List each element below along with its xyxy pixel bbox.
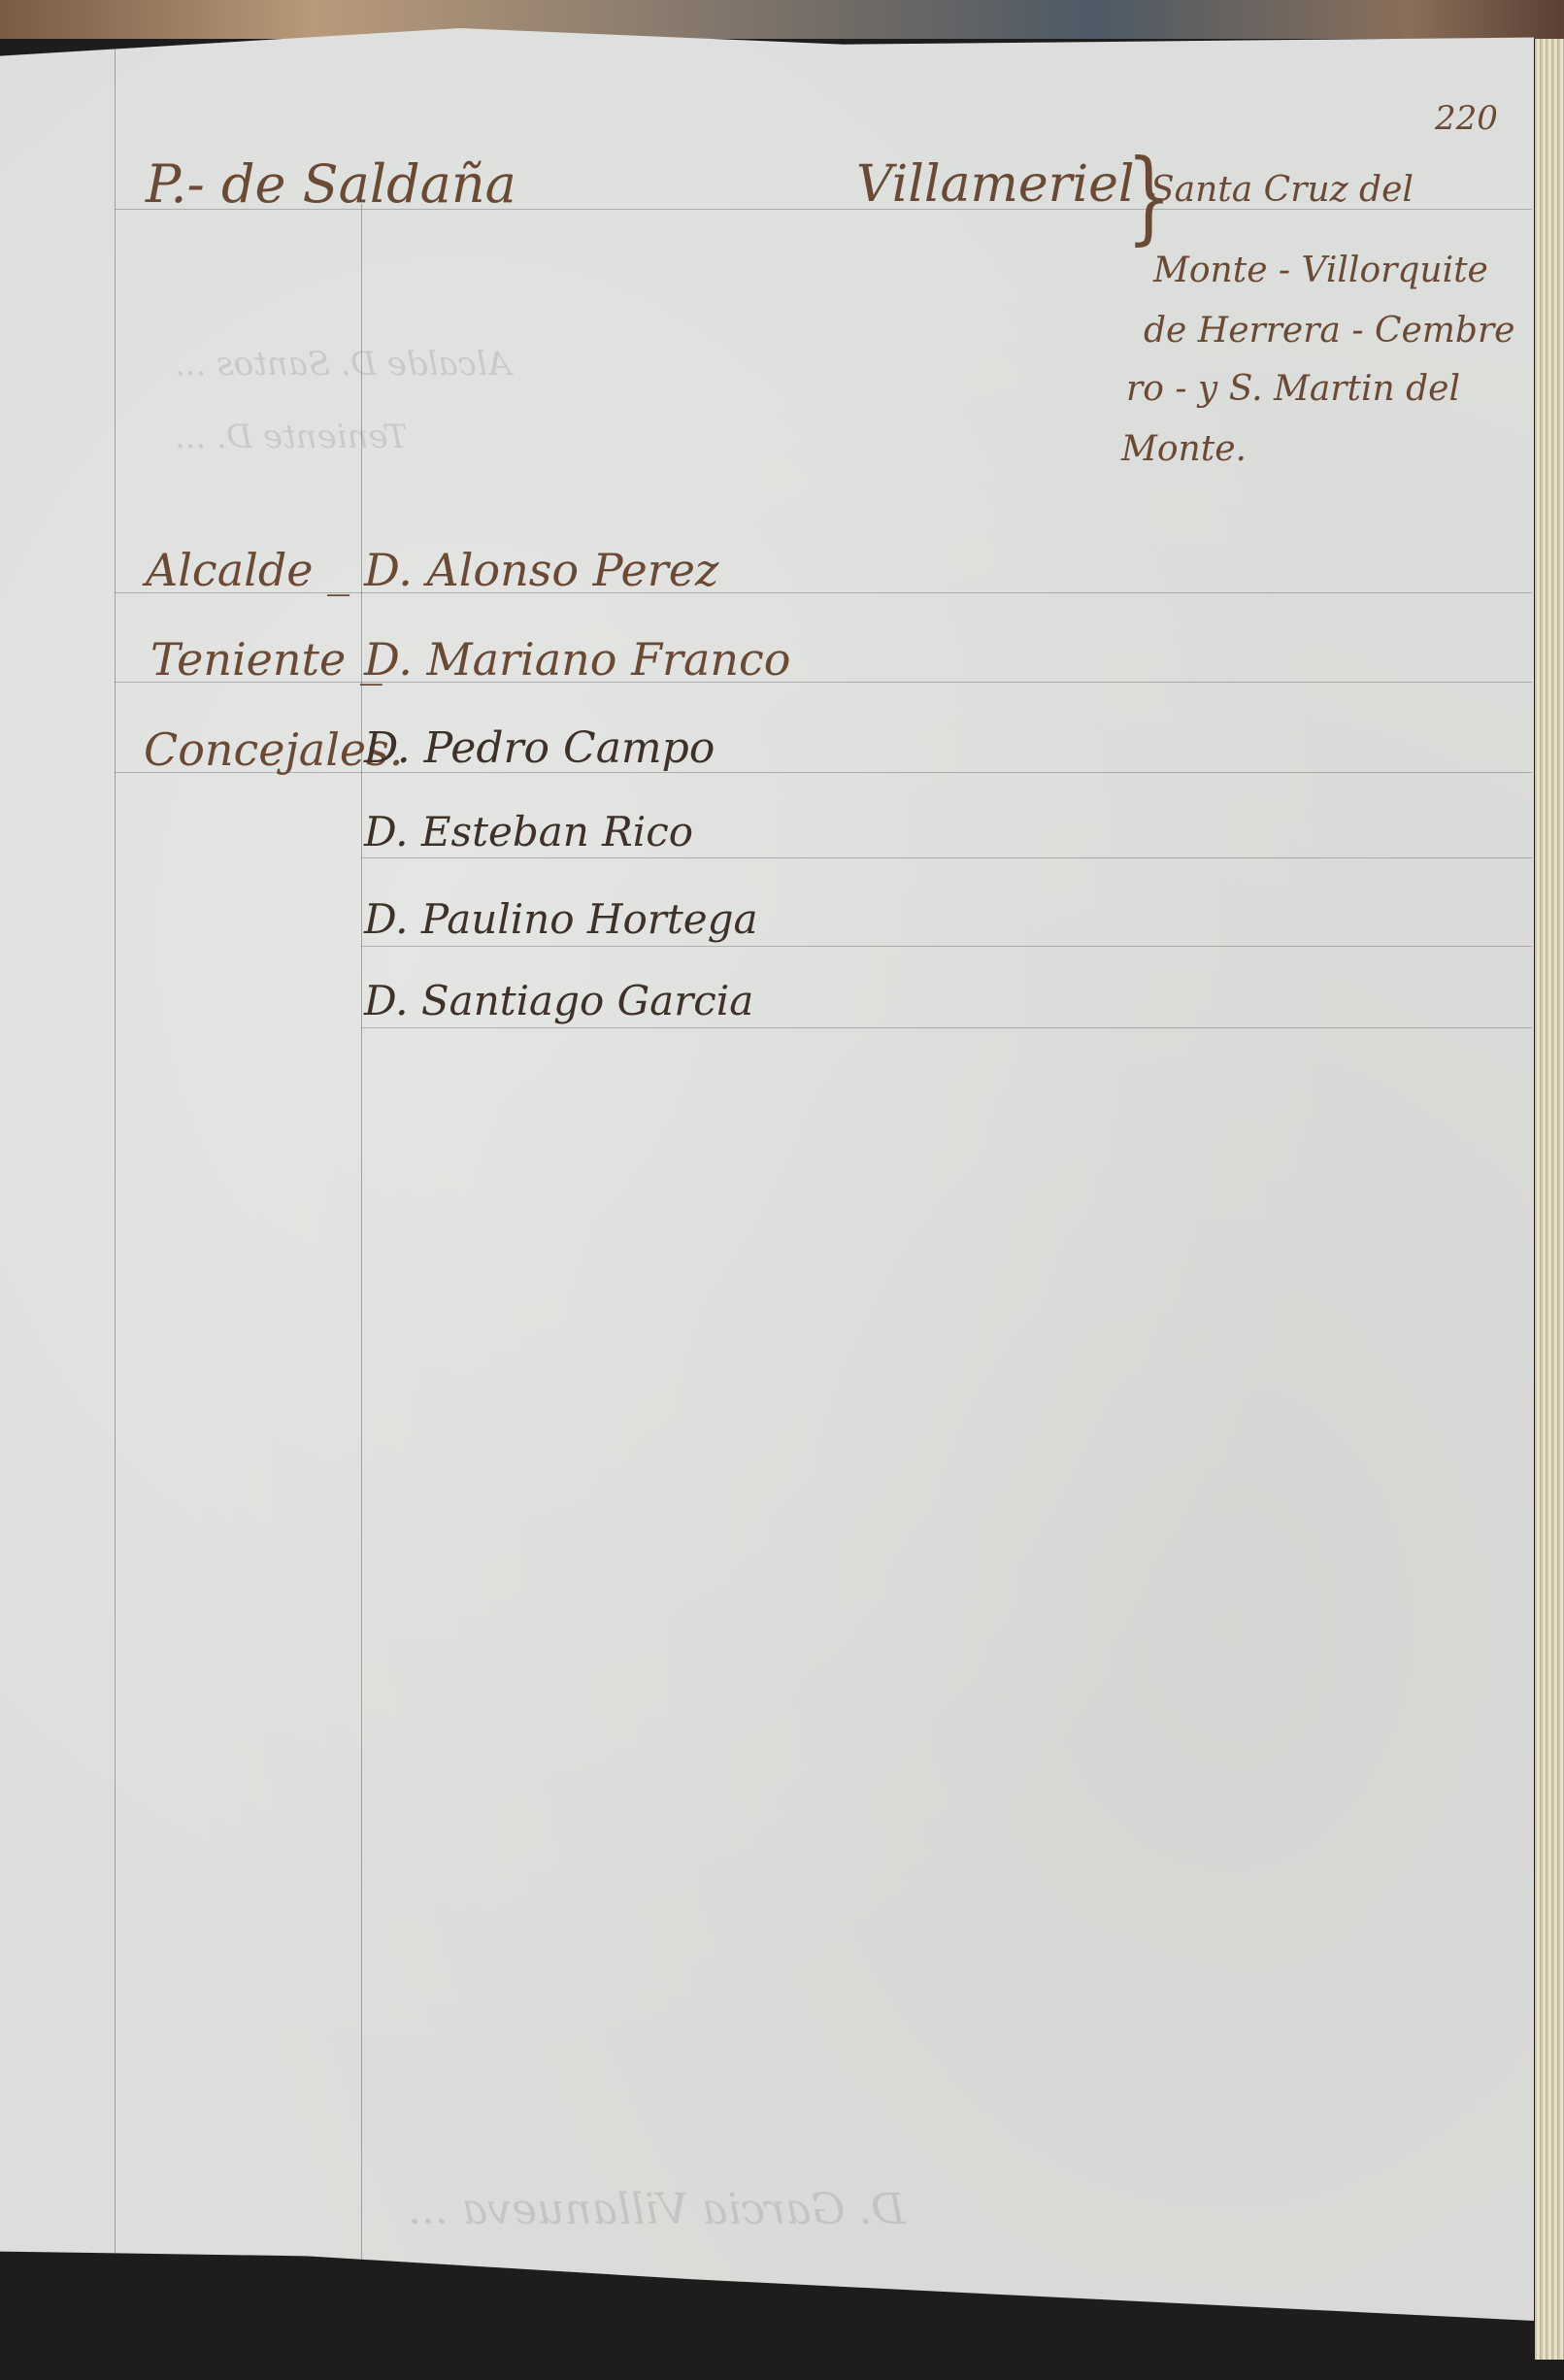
official-name: D. Santiago Garcia: [364, 977, 753, 1024]
official-role: Alcalde _: [146, 544, 349, 596]
annexed-village-line: Monte.: [1121, 429, 1247, 469]
left-margin-rule: [115, 29, 116, 2292]
official-name: D. Mariano Franco: [364, 633, 791, 686]
ruled-line: [361, 1027, 1532, 1028]
ruled-line: [361, 946, 1532, 947]
page-edges: [1535, 39, 1564, 2360]
official-name: D. Alonso Perez: [364, 544, 718, 596]
book-binding-top: [0, 0, 1564, 39]
bleed-through-text: D. Garcia Villanueva ...: [408, 2185, 905, 2234]
official-name: D. Esteban Rico: [364, 808, 693, 855]
official-role: Teniente _: [150, 633, 383, 686]
official-name: D. Paulino Hortega: [364, 895, 758, 943]
official-name: D. Pedro Campo: [364, 723, 715, 773]
annexed-village-line: Santa Cruz del: [1150, 170, 1414, 210]
page-number: 220: [1435, 99, 1498, 138]
bleed-through-text: Teniente D. ...: [175, 418, 408, 456]
bleed-through-text: Alcalde D. Santos ...: [175, 345, 511, 384]
annexed-village-line: ro - y S. Martin del: [1126, 369, 1460, 409]
annexed-village-line: de Herrera - Cembre: [1144, 311, 1514, 351]
municipality-name: Villameriel: [856, 155, 1135, 214]
column-rule: [361, 204, 362, 2292]
annexed-village-line: Monte - Villorquite: [1153, 251, 1488, 290]
district-heading: P.- de Saldaña: [146, 153, 516, 215]
ruled-line: [361, 857, 1532, 858]
manuscript-page: Alcalde D. Santos ... Teniente D. ... D.…: [0, 10, 1534, 2321]
